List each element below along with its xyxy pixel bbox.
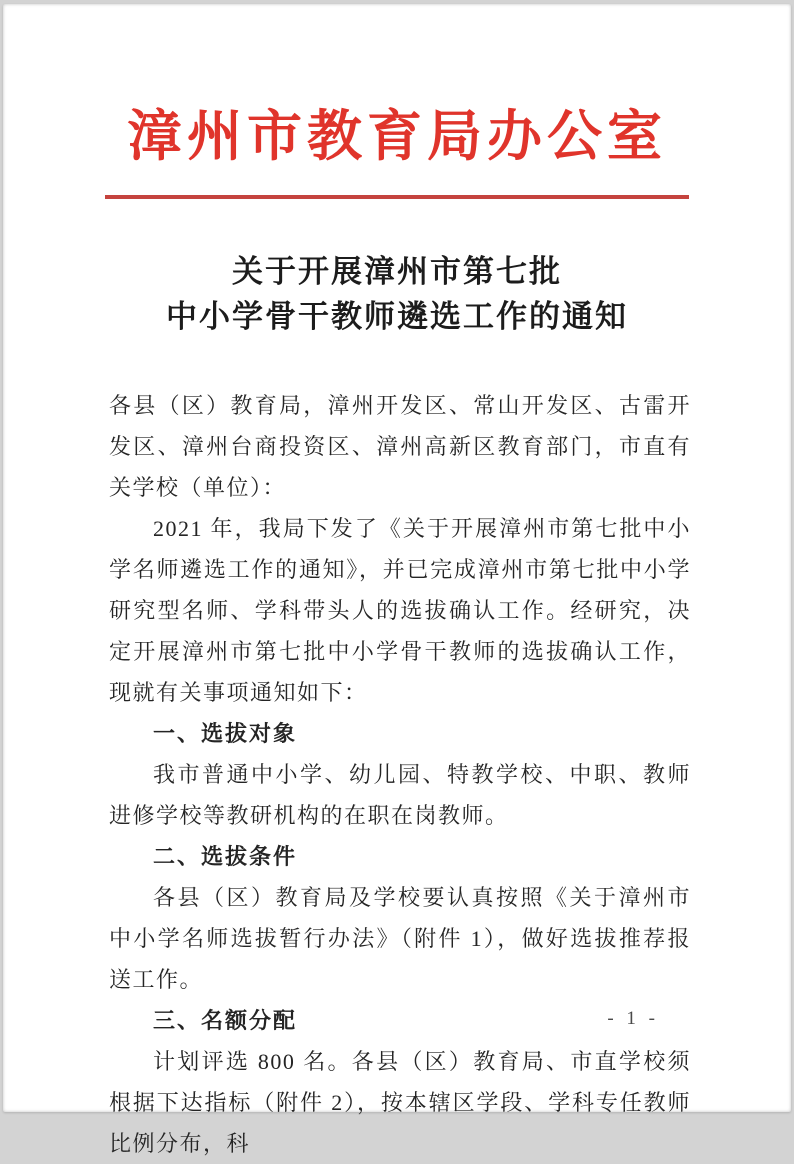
section-2-heading: 二、选拔条件 (109, 836, 691, 877)
letterhead-divider (105, 195, 689, 199)
letterhead-issuer: 漳州市教育局办公室 (3, 104, 791, 170)
section-3-text: 计划评选 800 名。各县（区）教育局、市直学校须根据下达指标（附件 2），按本… (109, 1041, 691, 1119)
scanned-document-page: 漳州市教育局办公室 关于开展漳州市第七批 中小学骨干教师遴选工作的通知 各县（区… (3, 4, 791, 1112)
salutation: 各县（区）教育局，漳州开发区、常山开发区、古雷开发区、漳州台商投资区、漳州高新区… (109, 385, 691, 508)
section-1-text: 我市普通中小学、幼儿园、特教学校、中职、教师进修学校等教研机构的在职在岗教师。 (109, 754, 691, 836)
document-title-line1: 关于开展漳州市第七批 (3, 249, 791, 294)
document-title: 关于开展漳州市第七批 中小学骨干教师遴选工作的通知 (3, 249, 791, 339)
document-title-line2: 中小学骨干教师遴选工作的通知 (3, 294, 791, 339)
section-3-heading: 三、名额分配 (109, 1000, 691, 1041)
document-body: 各县（区）教育局，漳州开发区、常山开发区、古雷开发区、漳州台商投资区、漳州高新区… (109, 385, 691, 1119)
page-number: - 1 - (607, 1008, 659, 1030)
section-2-text: 各县（区）教育局及学校要认真按照《关于漳州市中小学名师选拔暂行办法》（附件 1）… (109, 877, 691, 1000)
intro-paragraph: 2021 年，我局下发了《关于开展漳州市第七批中小学名师遴选工作的通知》，并已完… (109, 508, 691, 713)
section-1-heading: 一、选拔对象 (109, 713, 691, 754)
